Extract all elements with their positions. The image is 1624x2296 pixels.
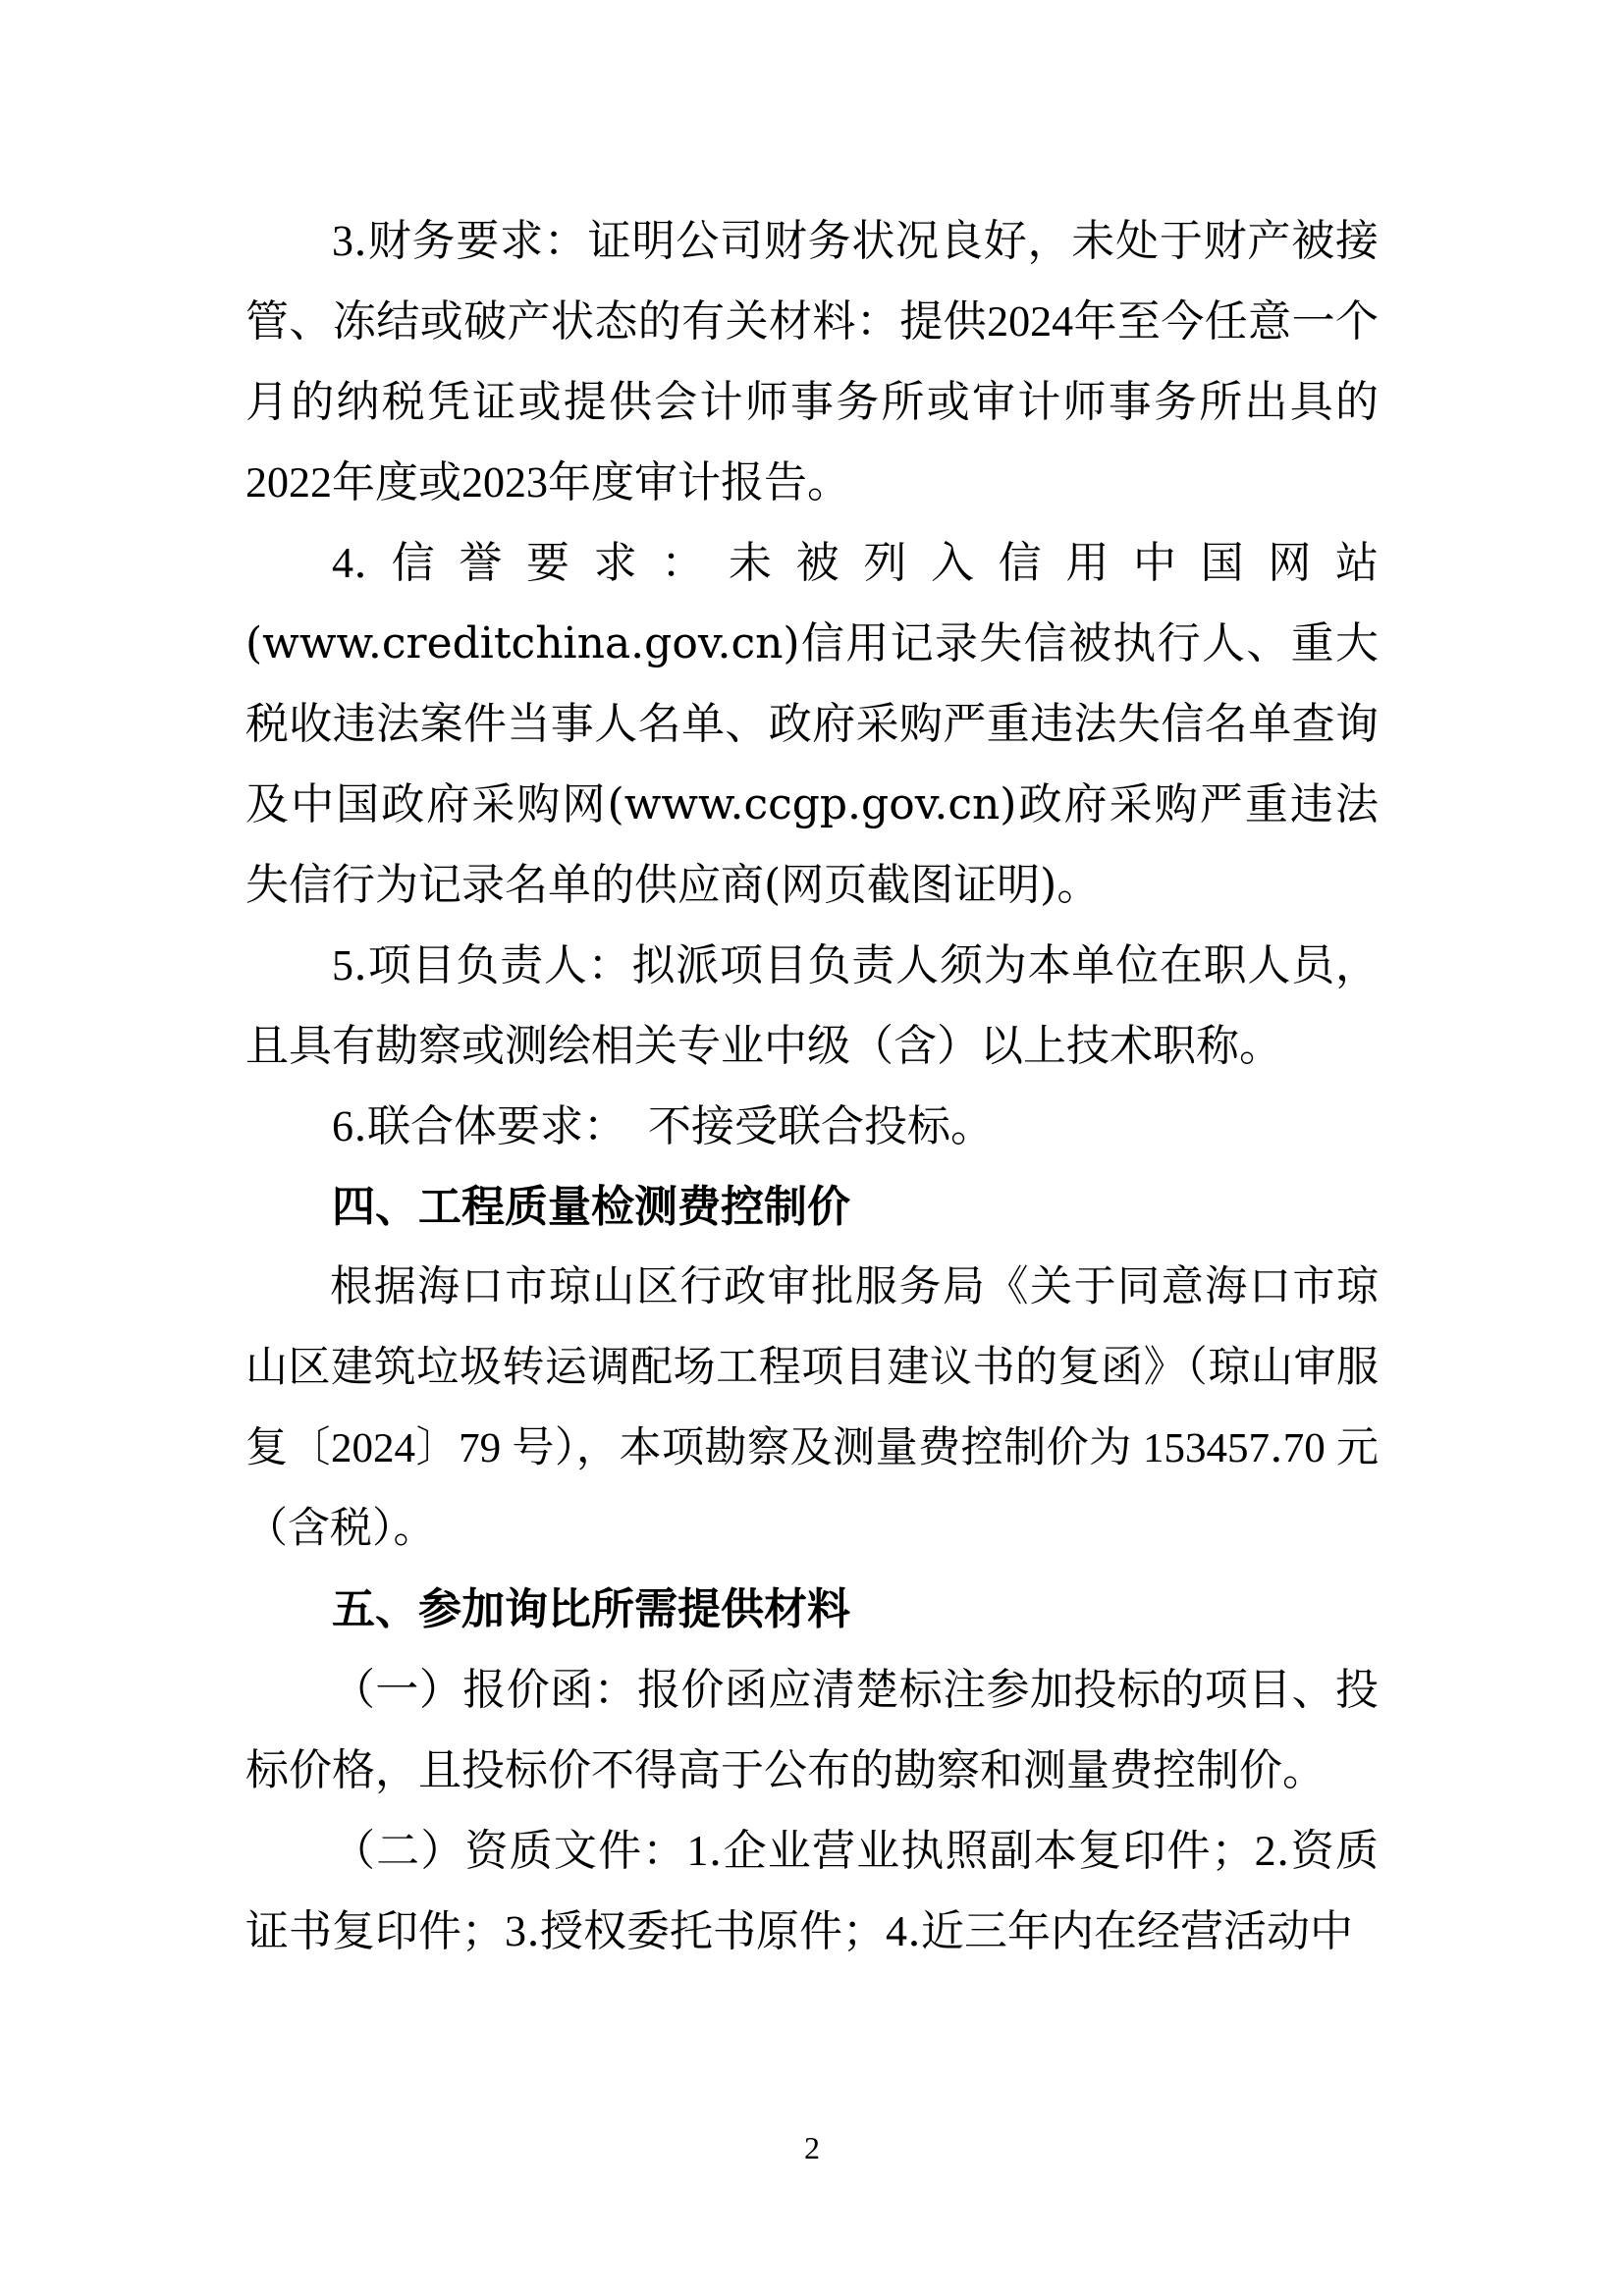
paragraph-quotation-letter: （一）报价函：报价函应清楚标注参加投标的项目、投标价格，且投标价不得高于公布的勘… (245, 1650, 1379, 1811)
section-heading-control-price: 四、工程质量检测费控制价 (245, 1167, 1379, 1248)
paragraph-consortium-requirement: 6.联合体要求： 不接受联合投标。 (245, 1087, 1379, 1167)
paragraph-financial-requirement: 3.财务要求：证明公司财务状况良好，未处于财产被接管、冻结或破产状态的有关材料：… (245, 201, 1379, 523)
document-page: 3.财务要求：证明公司财务状况良好，未处于财产被接管、冻结或破产状态的有关材料：… (0, 0, 1624, 2296)
section-heading-required-materials: 五、参加询比所需提供材料 (245, 1570, 1379, 1650)
page-footer: 2 (0, 2128, 1624, 2167)
document-body: 3.财务要求：证明公司财务状况良好，未处于财产被接管、冻结或破产状态的有关材料：… (245, 201, 1379, 1972)
paragraph-qualification-documents: （二）资质文件：1.企业营业执照副本复印件；2.资质证书复印件；3.授权委托书原… (245, 1811, 1379, 1972)
paragraph-project-leader-requirement: 5.项目负责人：拟派项目负责人须为本单位在职人员，且具有勘察或测绘相关专业中级（… (245, 926, 1379, 1087)
paragraph-credit-requirement: 4.信誉要求：未被列入信用中国网站(www.creditchina.gov.cn… (245, 523, 1379, 926)
page-number: 2 (804, 2130, 820, 2165)
paragraph-control-price-detail: 根据海口市琼山区行政审批服务局《关于同意海口市琼山区建筑垃圾转运调配场工程项目建… (245, 1248, 1379, 1570)
